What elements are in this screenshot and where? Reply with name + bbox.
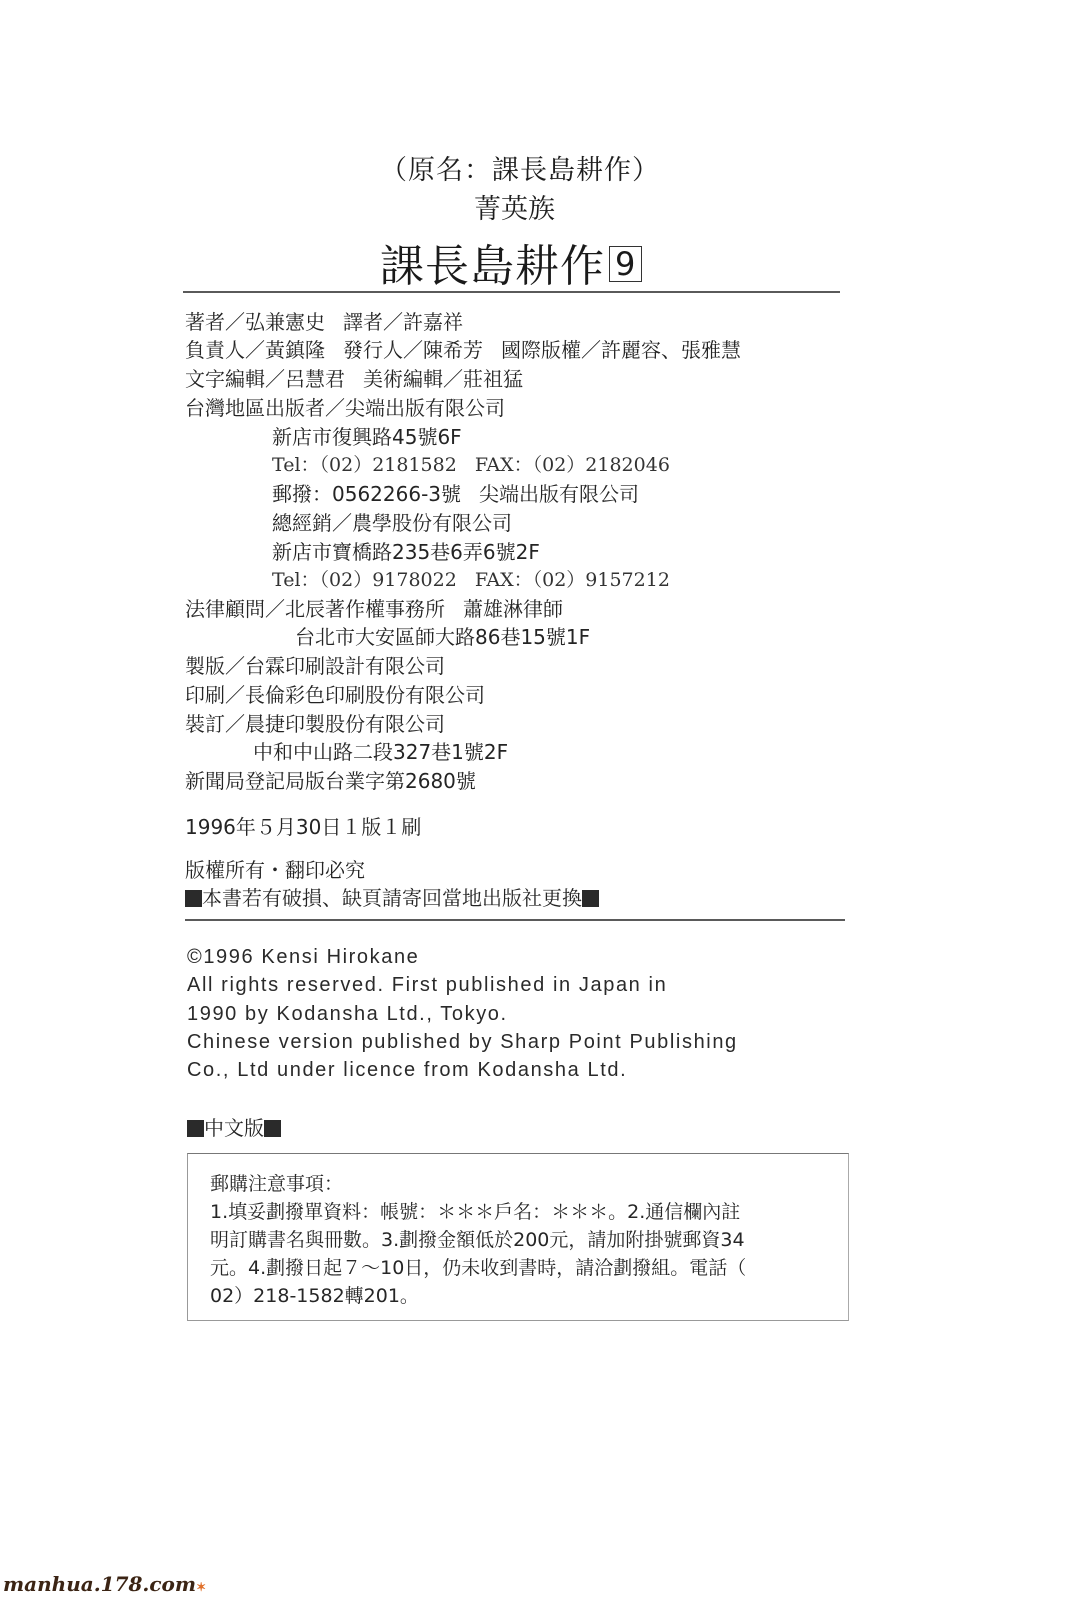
- tw-contact: Tel：（02）2181582FAX：（02）2182046: [272, 453, 670, 477]
- text-editor: 文字編輯／呂慧君: [185, 367, 345, 391]
- distributor: 總經銷／農學股份有限公司: [272, 511, 512, 535]
- edition-label-row: 中文版: [187, 1116, 281, 1140]
- distributor-fax: FAX：（02）9157212: [475, 569, 670, 591]
- lawyer: 蕭雄淋律師: [463, 597, 563, 621]
- volume-number: 9: [609, 246, 642, 282]
- distributor-tel: Tel：（02）9178022: [272, 569, 457, 591]
- credit-row-author: 著者／弘兼憲史譯者／許嘉祥: [185, 310, 463, 334]
- notice-line-2: 明訂購書名與冊數。3.劃撥金額低於200元，請加附掛號郵資34: [210, 1228, 745, 1252]
- main-title: 課長島耕作9: [380, 230, 642, 294]
- binding: 裝訂／晨捷印製股份有限公司: [185, 712, 445, 736]
- rights-notice: 版權所有・翻印必究: [185, 858, 365, 882]
- intl-rights: 國際版權／許麗容、張雅慧: [501, 338, 741, 362]
- legal-address: 台北市大安區師大路86巷15號1F: [295, 625, 590, 649]
- black-square-icon: [264, 1120, 281, 1137]
- original-title: （原名：課長島耕作）: [380, 148, 660, 187]
- black-square-icon: [582, 890, 599, 907]
- main-title-text: 課長島耕作: [380, 241, 605, 292]
- watermark: manhua.178.com✶: [3, 1572, 206, 1596]
- copyright-line-5: Co., Ltd under licence from Kodansha Ltd…: [187, 1058, 627, 1082]
- edition-label: 中文版: [204, 1116, 264, 1140]
- distributor-address: 新店市寶橋路235巷6弄6號2F: [272, 540, 540, 564]
- binding-address: 中和中山路二段327巷1號2F: [253, 740, 508, 764]
- copyright-line-1: ©1996 Kensi Hirokane: [187, 945, 419, 969]
- tw-publisher: 台灣地區出版者／尖端出版有限公司: [185, 396, 505, 420]
- publisher-person: 發行人／陳希芳: [343, 338, 483, 362]
- black-square-icon: [187, 1120, 204, 1137]
- series-name: 菁英族: [474, 187, 555, 226]
- tw-address: 新店市復興路45號6F: [272, 425, 462, 449]
- plate-making: 製版／台霖印刷設計有限公司: [185, 654, 445, 678]
- notice-line-3: 元。4.劃撥日起７～10日，仍未收到書時，請洽劃撥組。電話（: [210, 1256, 746, 1280]
- printing: 印刷／長倫彩色印刷股份有限公司: [185, 683, 485, 707]
- translator: 譯者／許嘉祥: [343, 310, 463, 334]
- tw-fax: FAX：（02）2182046: [475, 454, 670, 476]
- credit-row-editors: 文字編輯／呂慧君美術編輯／莊祖猛: [185, 367, 523, 391]
- notice-heading: 郵購注意事項：: [210, 1172, 343, 1196]
- black-square-icon: [185, 890, 202, 907]
- tw-tel: Tel：（02）2181582: [272, 454, 457, 476]
- author: 著者／弘兼憲史: [185, 310, 325, 334]
- postal-row: 郵撥：0562266-3號尖端出版有限公司: [272, 482, 639, 506]
- damage-notice-row: 本書若有破損、缺頁請寄回當地出版社更換: [185, 886, 599, 910]
- divider-middle: [185, 919, 845, 921]
- distributor-contact: Tel：（02）9178022FAX：（02）9157212: [272, 568, 670, 592]
- divider-top: [183, 291, 840, 293]
- art-editor: 美術編輯／莊祖猛: [363, 367, 523, 391]
- notice-line-4: 02）218-1582轉201。: [210, 1284, 419, 1308]
- postal-account-name: 尖端出版有限公司: [479, 482, 639, 506]
- copyright-line-4: Chinese version published by Sharp Point…: [187, 1030, 738, 1054]
- notice-line-1: 1.填妥劃撥單資料：帳號：＊＊＊戶名：＊＊＊。2.通信欄內註: [210, 1200, 740, 1224]
- responsible-person: 負責人／黃鎮隆: [185, 338, 325, 362]
- star-icon: ✶: [196, 1580, 206, 1594]
- registration: 新聞局登記局版台業字第2680號: [185, 769, 476, 793]
- edition-date: 1996年５月30日１版１刷: [185, 815, 421, 839]
- legal-row: 法律顧問／北辰著作權事務所蕭雄淋律師: [185, 597, 563, 621]
- mail-order-notice-box: 郵購注意事項： 1.填妥劃撥單資料：帳號：＊＊＊戶名：＊＊＊。2.通信欄內註 明…: [187, 1153, 849, 1321]
- postal-account: 郵撥：0562266-3號: [272, 482, 461, 506]
- copyright-line-2: All rights reserved. First published in …: [187, 973, 667, 997]
- credit-row-publisher: 負責人／黃鎮隆發行人／陳希芳國際版權／許麗容、張雅慧: [185, 338, 741, 362]
- watermark-text: manhua.178.com: [3, 1572, 196, 1596]
- copyright-line-3: 1990 by Kodansha Ltd., Tokyo.: [187, 1002, 508, 1026]
- legal-advisor: 法律顧問／北辰著作權事務所: [185, 597, 445, 621]
- damage-notice: 本書若有破損、缺頁請寄回當地出版社更換: [202, 886, 582, 910]
